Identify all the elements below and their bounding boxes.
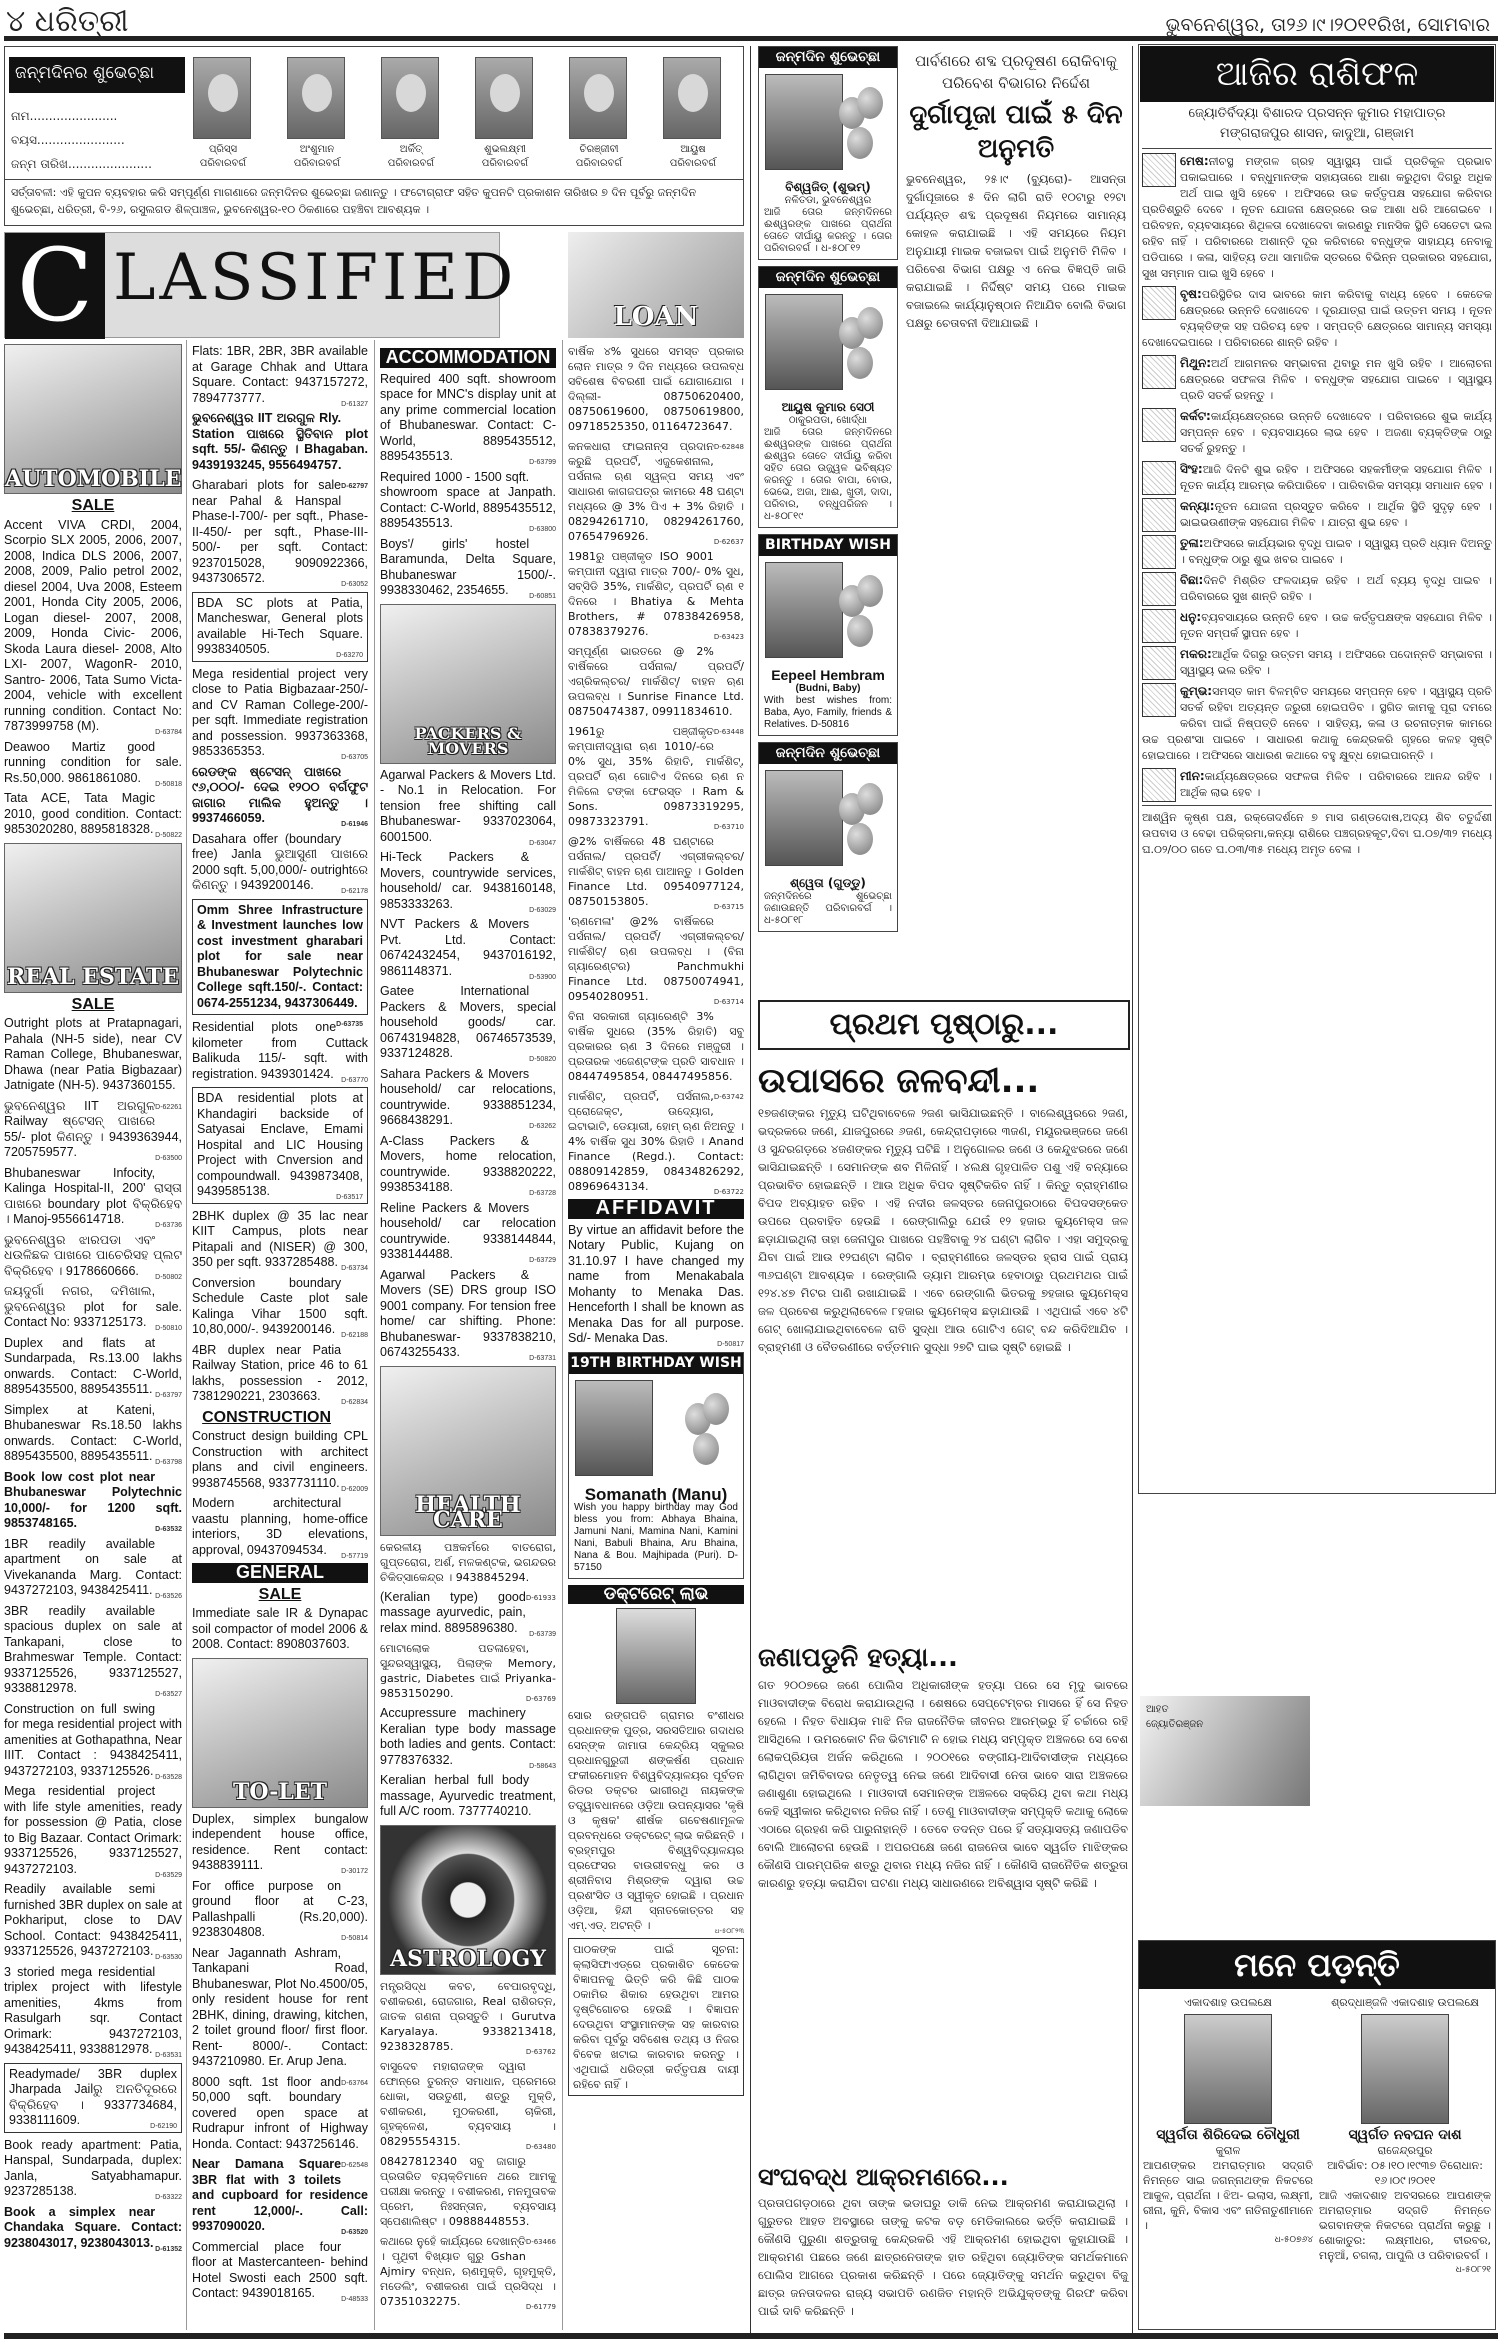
wish-place: ନଳିତଡା, ଭୁବନେଶ୍ୱର — [759, 195, 897, 207]
wish-name: Somanath (Manu) — [569, 1487, 743, 1503]
wish-name: Eepeel Hembram — [759, 668, 897, 683]
ad-item: Keralian herbal full body massage, Ayurv… — [380, 1773, 556, 1820]
flood-story: ଉପାସରେ ଜଳବନ୍ଦୀ... ୧୭ଜଣଙ୍କର ମୃତ୍ୟୁ ଘଟିଥିବ… — [758, 1058, 1128, 1356]
ad-item: Simplex at Kateni, Bhubaneswar Rs.18.50 … — [4, 1403, 182, 1465]
ad-item: Readymade/ 3BR duplex Jharpada Jailରୁ ଅନ… — [4, 2063, 182, 2133]
birthday-wish: ଜନ୍ମଦିନ ଶୁଭେଚ୍ଛା ଆୟୁଷ କୁମାର ସେଠୀ ଠାକୁରପଡ… — [758, 266, 898, 528]
reader-notice: ପାଠକଙ୍କ ପାଇଁ ସୂଚନା: କ୍ଲାସିଫାଏଡ୍‌ରେ ପ୍ରକା… — [568, 1938, 744, 2096]
ad-item: @2% ବାର୍ଷିକରେ 48 ଘଣ୍ଟାରେ ପର୍ସନାଲ/ ପ୍ରପର୍… — [568, 834, 744, 909]
real-estate-image: REAL ESTATE — [4, 843, 182, 993]
wish-message: ଜନ୍ମଦିନରେ ଶୁଭେଚ୍ଛା ଜଣାଉଛନ୍ତି ପରିବାରବର୍ଗ … — [759, 891, 897, 927]
ad-item: Tata ACE, Tata Magic 2010, good conditio… — [4, 791, 182, 838]
sign-libra: ତୁଳା:ଅଫିସରେ କାର୍ଯ୍ୟଭାର ବୃଦ୍ଧି ପାଇବ । ସ୍ୱ… — [1142, 535, 1492, 568]
ad-item: Construction on full swing for mega resi… — [4, 1702, 182, 1780]
ad-item: Gatee International Packers & Movers, sp… — [380, 984, 556, 1062]
sign-virgo: କନ୍ୟା:ନୂତନ ଯୋଜନା ପ୍ରସ୍ତୁତ କରିବେ । ଆର୍ଥିକ… — [1142, 498, 1492, 531]
classified-col-2: Flats: 1BR, 2BR, 3BR available at Garage… — [192, 344, 368, 2308]
ad-item: Commercial place four floor at Mastercan… — [192, 2240, 368, 2302]
ad-item: Near Jagannath Ashram, Tankapani Road, B… — [192, 1946, 368, 2070]
ad-item: BDA SC plots at Patia, Mancheswar, Gener… — [192, 592, 368, 662]
story-headline: ଜଣାପଡୁନି ହତ୍ୟା... — [758, 1640, 1128, 1676]
ad-item: 1BR readily available apartment on sale … — [4, 1537, 182, 1599]
wish-message: ଆଜି ତୋର ଜନ୍ମଦିନରେ ଈଶ୍ୱରଙ୍କ ପାଖରେ ପ୍ରାର୍ଥ… — [759, 207, 897, 255]
child-photo — [287, 57, 345, 139]
wish-heading: 19TH BIRTHDAY WISH — [569, 1353, 743, 1375]
ad-item: Hi-Teck Packers & Movers, countrywide se… — [380, 850, 556, 912]
footer-rule — [4, 2333, 1498, 2339]
ad-item: Book ready apartment: Patia, Hanspal, Su… — [4, 2138, 182, 2200]
pisces-icon — [1142, 768, 1176, 802]
sign-taurus: ବୃଷ:ପରିସ୍ଥିତିର ଦାସ ଭାବରେ କାମ କରିବାକୁ ବାଧ… — [1142, 286, 1492, 351]
doctorate-text: ସୋର ରଙ୍ଗପତି ଗ୍ରାମର ବଂଶୀଧର ପ୍ରଧାନଙ୍କ ପୁତ୍… — [568, 1708, 744, 1933]
wish-photo — [765, 74, 843, 170]
balloons-icon — [685, 1393, 733, 1483]
ad-item: ଭୁବନେଶ୍ୱର IIT ଅରଗୁଳ Rly. Station ପାଖରେ ସ… — [192, 411, 368, 473]
ad-item: A-Class Packers & Movers, home relocatio… — [380, 1134, 556, 1196]
ad-item: Readily available semi furnished 3BR dup… — [4, 1882, 182, 1960]
coupon-terms: ସର୍ତ୍ତାବଳୀ: ଏହି କୁପନ ବ୍ୟବହାର କରି ସମ୍ପୂର୍… — [5, 179, 743, 225]
ad-item: Conversion boundary Schedule Caste plot … — [192, 1276, 368, 1338]
ad-item: Construct design building CPL Constructi… — [192, 1429, 368, 1491]
ad-item: ବାର୍ଷିକ ୪% ସୁଧରେ ସମସ୍ତ ପ୍ରକାର ଲୋନ ମାତ୍ର … — [568, 344, 744, 434]
cancer-icon — [1142, 408, 1176, 442]
wish-photo — [765, 294, 843, 390]
birthday-wish: ଜନ୍ମଦିନ ଶୁଭେଚ୍ଛା ଶ୍ୱେତା (ଗୁଡ୍ଡୁ) ଜନ୍ମଦିନ… — [758, 742, 898, 932]
ad-item: Agarwal Packers & Movers (SE) DRS group … — [380, 1268, 556, 1361]
horoscope-title: ଆଜିର ରାଶିଫଳ — [1140, 46, 1494, 102]
ad-item: Reline Packers & Movers household/ car r… — [380, 1201, 556, 1263]
story-body: ଗତ ୨୦୦୭ରେ ଜଣେ ପୋଲିସ ଅଧିକାରୀଙ୍କ ହତ୍ୟା ପରେ… — [758, 1676, 1128, 1892]
classified-col-4: ବାର୍ଷିକ ୪% ସୁଧରେ ସମସ୍ତ ପ୍ରକାର ଲୋନ ମାତ୍ର … — [568, 344, 744, 2101]
obituary-title: ମନେ ପଡ଼ନ୍ତି — [1139, 1941, 1495, 1989]
section-sale: SALE — [4, 997, 182, 1013]
child-photo — [569, 57, 627, 139]
birthday-wish: ଜନ୍ମଦିନ ଶୁଭେଚ୍ଛା ବିଶ୍ୱଜିତ୍ (ଶୁଭମ୍) ନଳିତଡ… — [758, 46, 898, 260]
ad-item: ମୋଟାଲୋକ ପତଳାହେବା, ସୁନ୍ଦରସ୍ୱାସ୍ଥ୍ୟ, ପିଲାଙ… — [380, 1641, 556, 1701]
ad-item: Mega residential project very close to P… — [192, 667, 368, 760]
classified-col-1: AUTOMOBILE SALE Accent VIVA CRDI, 2004, … — [4, 344, 182, 2257]
child-photo — [193, 57, 251, 139]
birthday-19-wish: 19TH BIRTHDAY WISH Somanath (Manu) Wish … — [568, 1352, 744, 1580]
leo-icon — [1142, 461, 1176, 495]
affidavit-heading: AFFIDAVIT — [568, 1199, 744, 1219]
ad-item: ରେଡଙ୍କ ଷ୍ଟେସନ୍ ପାଖରେ ୯୬,୦୦୦/- ଦେଇ ୧୨୦୦ ବ… — [192, 765, 368, 827]
wish-photo — [765, 562, 843, 658]
wish-photo — [765, 770, 843, 866]
ad-item: Modern architectural vaastu planning, ho… — [192, 1496, 368, 1558]
ad-item: 08427812340 ସବୁ ଜାଗାରୁ ପ୍ରତାରିତ ବ୍ୟକ୍ତିମ… — [380, 2154, 556, 2229]
obituary-photo — [1184, 2014, 1272, 2124]
story-body: ପ୍ରତାପଗଡ଼ଠାରେ ଥିବା ତାଙ୍କ ଭଡାଘରୁ ଡାକି ନେଇ… — [758, 2194, 1128, 2320]
ad-item: Bhubaneswar Infocity, Kalinga Hospital-I… — [4, 1166, 182, 1228]
wish-message: Wish you happy birthday may God bless yo… — [569, 1502, 743, 1574]
child-photo — [663, 57, 721, 139]
ad-item: ଜୟଦୁର୍ଗା ନଗର, ଦମିଖାଲ, ଭୁବନେଶ୍ୱର plot for… — [4, 1284, 182, 1331]
ad-item: Duplex, simplex bungalow independent hou… — [192, 1812, 368, 1874]
ad-item: 2BHK duplex @ 35 lac near KIIT Campus, p… — [192, 1209, 368, 1271]
wish-message: ଆଜି ତୋର ଜନ୍ମଦିନରେ ଈଶ୍ୱରଙ୍କ ପାଖରେ ପ୍ରାର୍ଥ… — [759, 427, 897, 523]
ad-item: ବାସୁଦେବ ମହାରାଜଙ୍କ ଦ୍ୱାରା ଫୋନ୍‌ରେ ତୁରନ୍ତ … — [380, 2059, 556, 2149]
age-field: ବୟସ....................... — [11, 133, 125, 148]
ad-item: Mega residential project with life style… — [4, 1784, 182, 1877]
wish-message: With best wishes from: Baba, Ayo, Family… — [759, 695, 897, 731]
sign-capricorn: ମକର:ଆର୍ଥିକ ଦିଗରୁ ଉତ୍ତମ ସମୟ । ଅଫିସରେ ପଦୋନ… — [1142, 646, 1492, 679]
wish-heading: BIRTHDAY WISH — [759, 535, 897, 556]
gemini-icon — [1142, 355, 1176, 389]
ad-item: Book low cost plot near Bhubaneswar Poly… — [4, 1470, 182, 1532]
murder-story: ଜଣାପଡୁନି ହତ୍ୟା... ଗତ ୨୦୦୭ରେ ଜଣେ ପୋଲିସ ଅଧ… — [758, 1640, 1128, 1892]
ad-item: ମନ୍ତ୍ରସିଦ୍ଧ କବଚ, ବେପାରବୃଦ୍ଧି, ବଶୀକରଣ, ରୋ… — [380, 1979, 556, 2054]
astrology-image: ASTROLOGY — [380, 1825, 556, 1975]
balloons-icon — [839, 783, 887, 873]
obituary-photo — [1361, 2014, 1449, 2124]
birthday-wish: BIRTHDAY WISH Eepeel Hembram (Budni, Bab… — [758, 534, 898, 736]
sign-sagittarius: ଧନୁ:ବ୍ୟବସାୟରେ ଉନ୍ନତି ହେବ । ଉଚ୍ଚ କର୍ତ୍ତୃପ… — [1142, 609, 1492, 642]
balloons-icon — [839, 307, 887, 397]
obituary-box: ମନେ ପଡ଼ନ୍ତି ଏକାଦଶାହ ଉପଲକ୍ଷେ ସ୍ୱର୍ଗତା ଶିର… — [1138, 1940, 1496, 2330]
ad-item: Omm Shree Infrastructure & Investment la… — [192, 899, 368, 1016]
ad-item: 1981ରୁ ପଞ୍ଜୀକୃତ ISO 9001 କମ୍ପାନୀ ଦ୍ୱାରା … — [568, 549, 744, 639]
aries-icon — [1142, 153, 1176, 187]
loan-image: LOAN — [568, 232, 744, 338]
astrologer-name: ଜ୍ୟୋତିର୍ବିଦ୍ୟା ବିଶାରଦ ପ୍ରସନ୍ନ କୁମାର ମହାପ… — [1142, 104, 1492, 124]
ad-item: ବିନା ସରକାରୀ ଗ୍ୟାରେଣ୍ଟି 3% ବାର୍ଷିକ ସୁଧରେ … — [568, 1009, 744, 1084]
ad-item: Deawoo Martiz good running condition for… — [4, 740, 182, 787]
photo-caption: ଆହତ ଜ୍ୟୋତିରଞ୍ଜନ — [1146, 1702, 1216, 1732]
ad-item: ଭୁବନେଶ୍ୱର ଝାରପଡା ଏବଂ ଧଉଳିଛକ ପାଖରେ ପାଚେରି… — [4, 1233, 182, 1280]
panjika: ଆଶ୍ୱିନ କୃଷ୍ଣ ପକ୍ଷ, ରକ୍ତୋଦର୍ଶନେ ୭ ମାସ ଗଣ୍… — [1142, 805, 1492, 858]
health-care-image: HEALTH CARE — [380, 1366, 556, 1536]
ad-item: 4BR duplex near Patia Railway Station, p… — [192, 1343, 368, 1405]
libra-icon — [1142, 535, 1176, 569]
sign-pisces: ମୀନ:କାର୍ଯ୍ୟକ୍ଷେତ୍ରରେ ସଫଳତା ମିଳିବ । ପରିବା… — [1142, 768, 1492, 801]
story-body: ୧୭ଜଣଙ୍କର ମୃତ୍ୟୁ ଘଟିଥିବାବେଳେ ୨ଜଣ ଭାସିଯାଇଛ… — [758, 1104, 1128, 1356]
ad-item: Accupressure machinery Keralian type bod… — [380, 1706, 556, 1768]
durga-puja-story: ପାର୍ବଣରେ ଶବ୍ଦ ପ୍ରଦୂଷଣ ରୋକିବାକୁ ପରିବେଶ ବି… — [906, 50, 1126, 332]
child-caption: ଆୟୁଷପରିବାରବର୍ଗ — [658, 143, 728, 171]
attack-story: ସଂଘବଦ୍ଧ ଆକ୍ରମଣରେ... ପ୍ରତାପଗଡ଼ଠାରେ ଥିବା ତ… — [758, 2160, 1128, 2320]
sign-scorpio: ବିଛା:ଦିନଟି ମିଶ୍ରିତ ଫଳଦାୟକ ରହିବ । ଅର୍ଥ ବ୍… — [1142, 572, 1492, 605]
sign-leo: ସିଂହ:ଆଜି ଦିନଟି ଶୁଭ ରହିବ । ଅଫିସରେ ସହକର୍ମୀ… — [1142, 461, 1492, 494]
ad-item: Boys'/ girls' hostel Baramunda, Delta Sq… — [380, 537, 556, 599]
ad-item: Duplex and flats at Sundarpada, Rs.13.00… — [4, 1336, 182, 1398]
affidavit-text: By virtue an affidavit before the Notary… — [568, 1223, 744, 1347]
child-photo — [381, 57, 439, 139]
virgo-icon — [1142, 498, 1176, 532]
wish-photo — [575, 1380, 653, 1476]
ad-item: Outright plots at Pratapnagari, Pahala (… — [4, 1016, 182, 1094]
aquarius-icon — [1142, 683, 1176, 717]
pratham-banner: ପ୍ରଥମ ପୃଷ୍ଠାରୁ... — [758, 1000, 1130, 1050]
sign-gemini: ମିଥୁନ:ଅର୍ଥ ଆଗମନର ସମ୍ଭାବନା ଥିବାରୁ ମନ ଖୁସି… — [1142, 355, 1492, 404]
balloons-icon — [839, 87, 887, 177]
sign-cancer: କର୍କଟ:କାର୍ଯ୍ୟକ୍ଷେତ୍ରରେ ଉନ୍ନତି ଦେଖାଦେବ । … — [1142, 408, 1492, 457]
injured-photo: ଆହତ ଜ୍ୟୋତିରଞ୍ଜନ — [1140, 1696, 1310, 1806]
wish-place: ଠାକୁରପଡା, ଖୋର୍ଦ୍ଧା — [759, 415, 897, 427]
coupon-title: ଜନ୍ମଦିନର ଶୁଭେଚ୍ଛା — [9, 57, 185, 93]
wish-name: ଶ୍ୱେତା (ଗୁଡ୍ଡୁ) — [759, 876, 897, 891]
general-heading: GENERAL — [192, 1563, 368, 1583]
sign-aries: ମେଷ:ନୀଚସ୍ଥ ମଙ୍ଗଳ ଗ୍ରହ ସ୍ୱାସ୍ଥ୍ୟ ପାଇଁ ପ୍ର… — [1142, 153, 1492, 282]
obituary-person: ଶ୍ରଦ୍ଧାଞ୍ଜଳି ଏକାଦଶାହ ଉପଲକ୍ଷେ ସ୍ୱର୍ଗତ ନବଘ… — [1319, 1995, 1491, 2278]
child-caption: ଅର୍କିତ୍ପରିବାରବର୍ଗ — [376, 143, 446, 171]
ad-item: କେରଳୀୟ ପଞ୍ଚକର୍ମରେ ବାତରୋଗ, ଗୁପ୍ତରୋଗ, ଅର୍ଶ… — [380, 1540, 556, 1585]
story-headline: ଉପାସରେ ଜଳବନ୍ଦୀ... — [758, 1058, 1128, 1104]
horoscope-content: ଜ୍ୟୋତିର୍ବିଦ୍ୟା ବିଶାରଦ ପ୍ରସନ୍ନ କୁମାର ମହାପ… — [1142, 104, 1492, 860]
wish-heading: ଜନ୍ମଦିନ ଶୁଭେଚ୍ଛା — [759, 267, 897, 288]
ad-item: Agarwal Packers & Movers Ltd. - No.1 in … — [380, 768, 556, 846]
doctorate-heading: ଡକ୍ଟରେଟ୍ ଲାଭ — [568, 1585, 744, 1604]
ad-item: Required 1000 - 1500 sqft. showroom spac… — [380, 470, 556, 532]
child-caption: ଶୁଭଲକ୍ଷ୍ମୀପରିବାରବର୍ଗ — [470, 143, 540, 171]
section-sale: SALE — [4, 498, 182, 514]
accommodation-heading: ACCOMMODATION — [380, 348, 556, 368]
wish-heading: ଜନ୍ମଦିନ ଶୁଭେଚ୍ଛା — [759, 47, 897, 68]
child-caption: ପ୍ରିସ୍ସପରିବାରବର୍ଗ — [188, 143, 258, 171]
wish-heading: ଜନ୍ମଦିନ ଶୁଭେଚ୍ଛା — [759, 743, 897, 764]
name-field: ନାମ....................... — [11, 109, 117, 124]
story-kicker: ପାର୍ବଣରେ ଶବ୍ଦ ପ୍ରଦୂଷଣ ରୋକିବାକୁ ପରିବେଶ ବି… — [906, 50, 1126, 94]
child-caption: ଚିରଞ୍ଜୀବୀପରିବାରବର୍ଗ — [564, 143, 634, 171]
ad-item: 'ଋଣମେଳା' @2% ବାର୍ଷିକରେ ପର୍ସନାଲ/ ପ୍ରପର୍ଟି… — [568, 914, 744, 1004]
construction-heading: CONSTRUCTION — [192, 1410, 368, 1426]
dob-field: ଜନ୍ମ ତାରିଖ...................... — [11, 157, 152, 172]
scorpio-icon — [1142, 572, 1176, 606]
child-caption: ଅଂଶୁମାନପରିବାରବର୍ଗ — [282, 143, 352, 171]
ad-item: NVT Packers & Movers Pvt. Ltd. Contact: … — [380, 917, 556, 979]
ad-item: Flats: 1BR, 2BR, 3BR available at Garage… — [192, 344, 368, 406]
sign-aquarius: କୁମ୍ଭ:ସମସ୍ତ କାମ ବିଳମ୍ବିତ ସମୟରେ ସମ୍ପନ୍ନ ହ… — [1142, 683, 1492, 764]
ad-item: Immediate sale IR & Dynapac soil compact… — [192, 1606, 368, 1653]
wishes-column: ଜନ୍ମଦିନ ଶୁଭେଚ୍ଛା ବିଶ୍ୱଜିତ୍ (ଶୁଭମ୍) ନଳିତଡ… — [758, 46, 898, 938]
story-headline: ଦୁର୍ଗାପୂଜା ପାଇଁ ୫ ଦିନ ଅନୁମତି — [906, 98, 1126, 166]
automobile-image: AUTOMOBILE — [4, 344, 182, 494]
classified-initial: C — [5, 233, 105, 339]
wish-name: ବିଶ୍ୱଜିତ୍ (ଶୁଭମ୍) — [759, 180, 897, 195]
ad-item: 3 storied mega residential triplex proje… — [4, 1965, 182, 2058]
balloons-icon — [839, 575, 887, 665]
classified-word: LASSIFIED — [113, 241, 517, 315]
sagittarius-icon — [1142, 609, 1176, 643]
classified-banner: C LASSIFIED — [4, 232, 500, 338]
ad-item: Sahara Packers & Movers household/ car r… — [380, 1067, 556, 1129]
ad-item: For office purpose on ground floor at C-… — [192, 1879, 368, 1941]
ad-item: Book a simplex near Chandaka Square. Con… — [4, 2205, 182, 2252]
obituary-person: ଏକାଦଶାହ ଉପଲକ୍ଷେ ସ୍ୱର୍ଗତା ଶିରିଦେଇ ଚୌଧୁରୀ … — [1143, 1995, 1313, 2248]
capricorn-icon — [1142, 646, 1176, 680]
dateline: ଭୁବନେଶ୍ୱର, ତା୨୬।୯।୨୦୧୧ରିଖ, ସୋମବାର — [1166, 14, 1490, 36]
ad-item: Required 400 sqft. showroom space for MN… — [380, 372, 556, 465]
packers-movers-image: PACKERS & MOVERS — [380, 604, 556, 764]
ad-item: Dasahara offer (boundary free) Janla ଭୁଆ… — [192, 832, 368, 894]
ad-item: 3BR readily available spacious duplex on… — [4, 1604, 182, 1697]
header-rule — [4, 36, 1498, 41]
section-sale: SALE — [192, 1587, 368, 1603]
story-body: ଭୁବନେଶ୍ୱର, ୨୫।୯ (ବ୍ୟୁରୋ)- ଆସନ୍ତା ଦୁର୍ଗାପ… — [906, 170, 1126, 332]
birthday-coupon: ଜନ୍ମଦିନର ଶୁଭେଚ୍ଛା ନାମ...................… — [4, 46, 744, 226]
ad-item: Accent VIVA CRDI, 2004, Scorpio SLX 2005… — [4, 518, 182, 735]
ad-item: ସମ୍ପୂର୍ଣ୍ଣ ଭାରତରେ @ 2% ବାର୍ଷିକରେ ପର୍ସନାଲ… — [568, 644, 744, 719]
ad-item: BDA residential plots at Khandagiri back… — [192, 1087, 368, 1204]
tolet-image: TO-LET — [192, 1658, 368, 1808]
doctorate-photo — [616, 1608, 696, 1704]
classified-col-3: ACCOMMODATION Required 400 sqft. showroo… — [380, 344, 556, 2315]
wish-name: ଆୟୁଷ କୁମାର ସେଠୀ — [759, 400, 897, 415]
child-photo — [475, 57, 533, 139]
wish-place: (Budni, Baby) — [759, 683, 897, 695]
page-label: ୪ ଧରିତ୍ରୀ — [6, 4, 129, 39]
astrologer-address: ମଙ୍ଗରାଜପୁର ଶାସନ, କାଦୁଆ, ଗଞ୍ଜାମ — [1142, 124, 1492, 149]
taurus-icon — [1142, 286, 1176, 320]
story-headline: ସଂଘବଦ୍ଧ ଆକ୍ରମଣରେ... — [758, 2160, 1128, 2194]
